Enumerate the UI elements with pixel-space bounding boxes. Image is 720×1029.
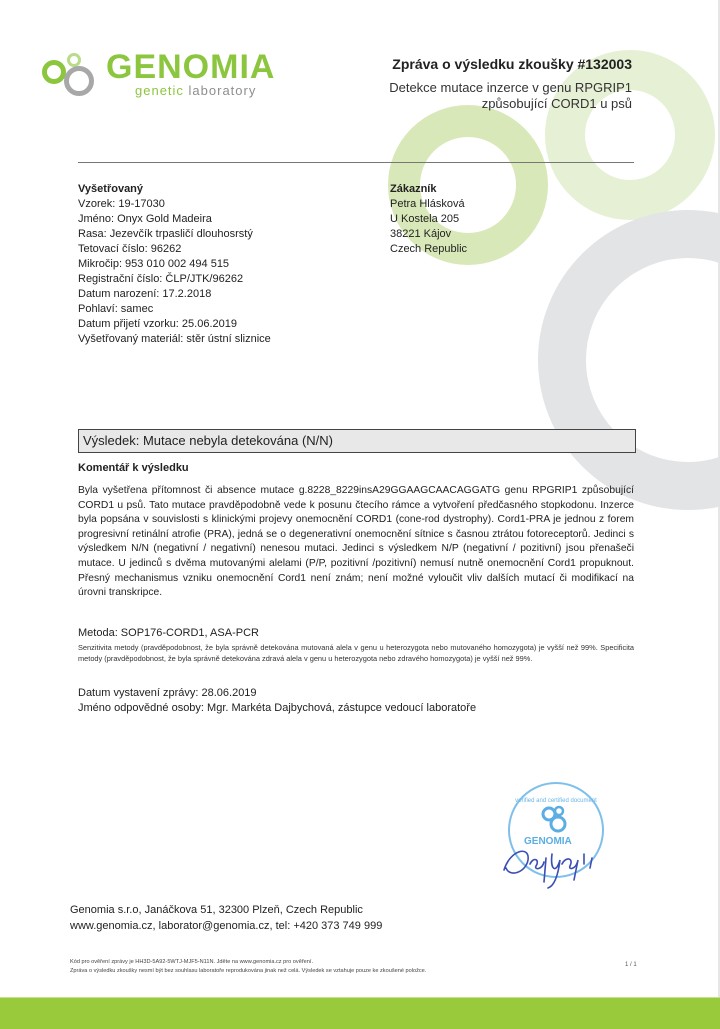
comment-body: Byla vyšetřena přítomnost či absence mut…	[78, 484, 634, 601]
customer-street: U Kostela 205	[390, 212, 467, 227]
report-title: Zpráva o výsledku zkoušky #132003	[389, 56, 632, 72]
patient-section: Vyšetřovaný Vzorek: 19-17030 Jméno: Onyx…	[78, 182, 271, 347]
issue-info: Datum vystavení zprávy: 28.06.2019 Jméno…	[78, 686, 476, 716]
patient-received-date: Datum přijetí vzorku: 25.06.2019	[78, 317, 271, 332]
logo-ring-icon	[42, 60, 66, 84]
patient-sex: Pohlaví: samec	[78, 302, 271, 317]
patient-name: Jméno: Onyx Gold Madeira	[78, 212, 271, 227]
method-note: Senzitivita metody (pravděpodobnost, že …	[78, 642, 634, 664]
patient-microchip: Mikročip: 953 010 002 494 515	[78, 257, 271, 272]
patient-sample: Vzorek: 19-17030	[78, 197, 271, 212]
customer-section: Zákazník Petra Hlásková U Kostela 205 38…	[390, 182, 467, 257]
patient-tattoo: Tetovací číslo: 96262	[78, 242, 271, 257]
logo-tagline-genetic: genetic	[135, 83, 184, 98]
footer-green-bar	[0, 997, 720, 1029]
decorative-ring-gray	[538, 210, 720, 510]
result-box: Výsledek: Mutace nebyla detekována (N/N)	[78, 429, 636, 453]
report-header: Zpráva o výsledku zkoušky #132003 Detekc…	[389, 56, 632, 112]
footer-address: Genomia s.r.o, Janáčkova 51, 32300 Plzeň…	[70, 902, 382, 934]
logo-tagline: genetic laboratory	[135, 83, 256, 98]
method-label: Metoda: SOP176-CORD1, ASA-PCR	[78, 627, 259, 639]
issue-date: Datum vystavení zprávy: 28.06.2019	[78, 686, 476, 701]
footer-notes: Kód pro ověření zprávy je HH3D-5A92-5WTJ…	[70, 958, 426, 975]
logo-tagline-laboratory: laboratory	[189, 83, 257, 98]
reproduction-disclaimer: Zpráva o výsledku zkoušky nesmí být bez …	[70, 967, 426, 976]
company-address: Genomia s.r.o, Janáčkova 51, 32300 Plzeň…	[70, 902, 382, 918]
customer-name: Petra Hlásková	[390, 197, 467, 212]
verification-code: Kód pro ověření zprávy je HH3D-5A92-5WTJ…	[70, 958, 426, 967]
responsible-person: Jméno odpovědné osoby: Mgr. Markéta Dajb…	[78, 701, 476, 716]
customer-city: 38221 Kájov	[390, 227, 467, 242]
patient-registration: Registrační číslo: ČLP/JTK/96262	[78, 272, 271, 287]
certification-stamp: verified and certified document GENOMIA	[500, 780, 620, 890]
genomia-logo: GENOMIA genetic laboratory	[40, 44, 310, 104]
signature	[500, 830, 620, 890]
patient-breed: Rasa: Jezevčík trpasličí dlouhosrstý	[78, 227, 271, 242]
header-divider	[78, 162, 634, 163]
report-subtitle-line1: Detekce mutace inzerce v genu RPGRIP1	[389, 80, 632, 96]
logo-brand: GENOMIA	[106, 48, 275, 87]
customer-country: Czech Republic	[390, 242, 467, 257]
report-subtitle-line2: způsobující CORD1 u psů	[389, 96, 632, 112]
comment-heading: Komentář k výsledku	[78, 462, 189, 474]
company-contact: www.genomia.cz, laborator@genomia.cz, te…	[70, 918, 382, 934]
patient-heading: Vyšetřovaný	[78, 182, 271, 197]
logo-ring-icon	[64, 66, 94, 96]
patient-birth-date: Datum narození: 17.2.2018	[78, 287, 271, 302]
logo-ring-icon	[67, 53, 81, 67]
patient-material: Vyšetřovaný materiál: stěr ústní sliznic…	[78, 332, 271, 347]
customer-heading: Zákazník	[390, 182, 467, 197]
page-number: 1 / 1	[625, 962, 637, 968]
